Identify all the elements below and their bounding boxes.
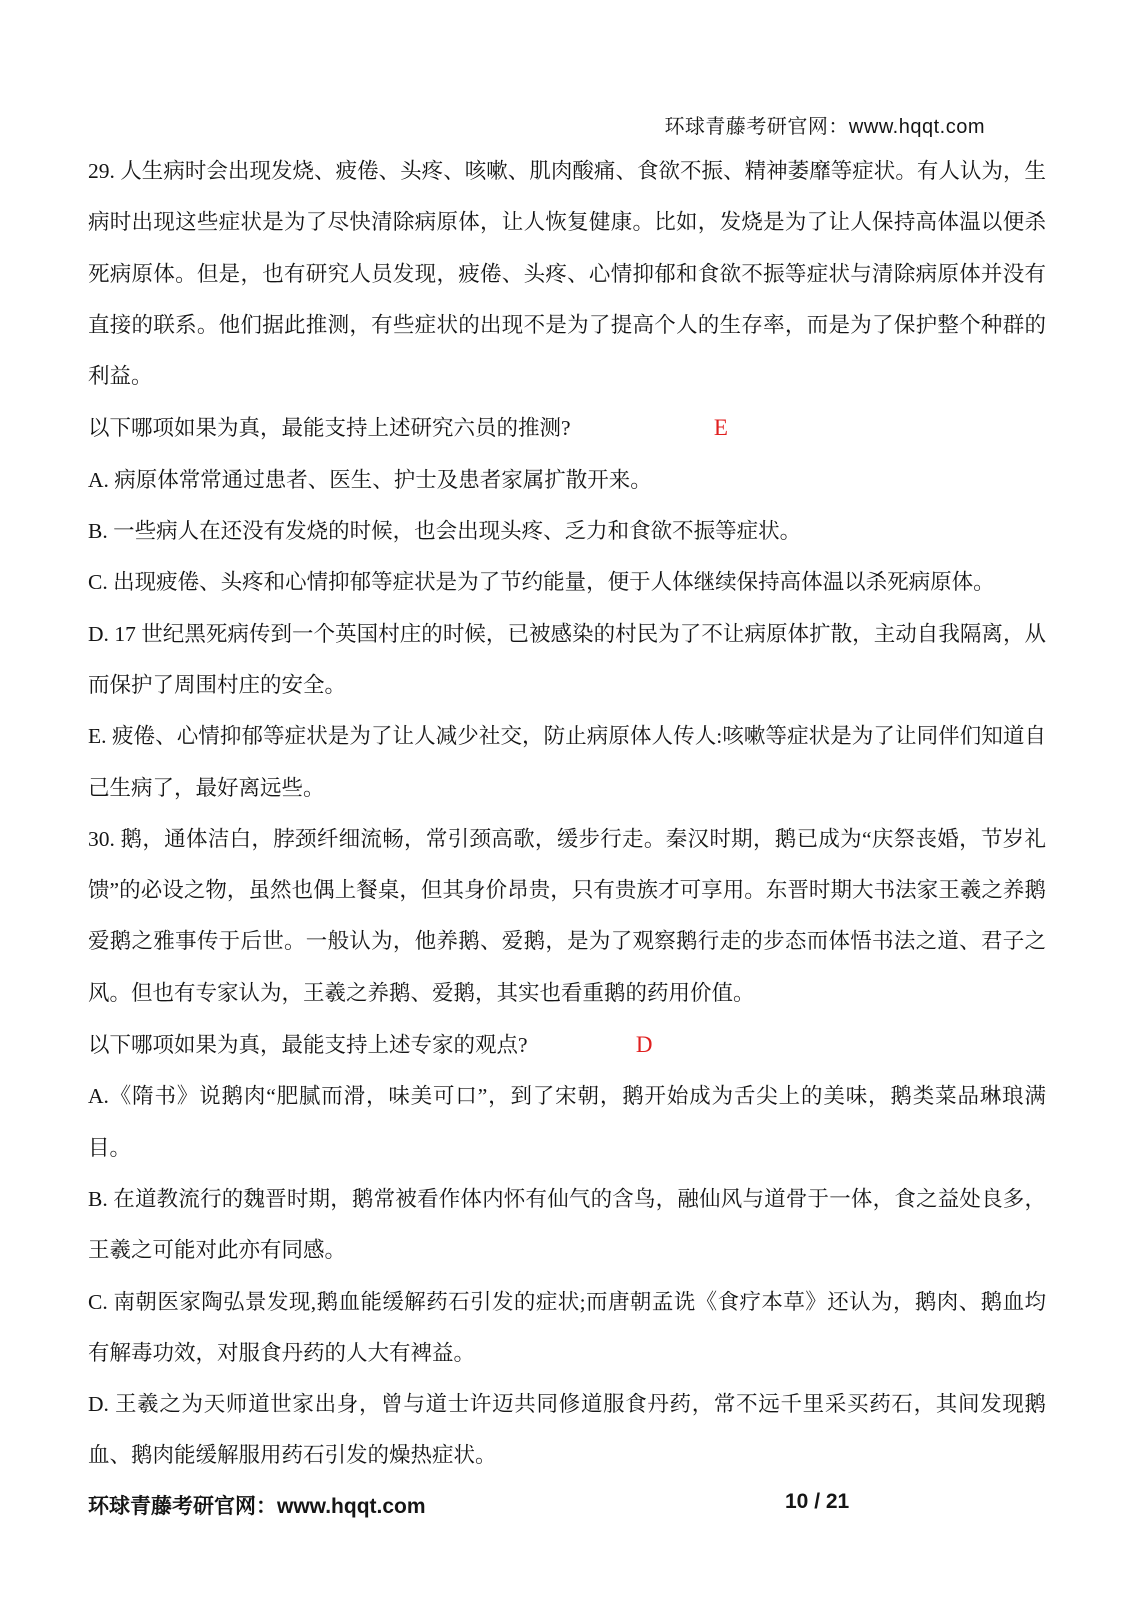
- question-29-stem: 29. 人生病时会出现发烧、疲倦、头疼、咳嗽、肌肉酸痛、食欲不振、精神萎靡等症状…: [88, 146, 1046, 402]
- question-30-answer-letter: D: [636, 1032, 653, 1057]
- question-29-option-d: D. 17 世纪黑死病传到一个英国村庄的时候，已被感染的村民为了不让病原体扩散，…: [88, 609, 1046, 712]
- document-body: 29. 人生病时会出现发烧、疲倦、头疼、咳嗽、肌肉酸痛、食欲不振、精神萎靡等症状…: [88, 146, 1046, 1482]
- question-29-prompt-text: 以下哪项如果为真，最能支持上述研究六员的推测?: [88, 416, 571, 440]
- page-number: 10 / 21: [785, 1490, 849, 1514]
- question-30-option-c: C. 南朝医家陶弘景发现,鹅血能缓解药石引发的症状;而唐朝孟诜《食疗本草》还认为…: [88, 1277, 1046, 1380]
- question-30-option-d: D. 王羲之为天师道世家出身，曾与道士许迈共同修道服食丹药，常不远千里采买药石，…: [88, 1379, 1046, 1482]
- question-29: 29. 人生病时会出现发烧、疲倦、头疼、咳嗽、肌肉酸痛、食欲不振、精神萎靡等症状…: [88, 146, 1046, 814]
- question-29-answer-letter: E: [714, 415, 728, 440]
- question-30: 30. 鹅，通体洁白，脖颈纤细流畅，常引颈高歌，缓步行走。秦汉时期，鹅已成为“庆…: [88, 814, 1046, 1482]
- question-29-option-e: E. 疲倦、心情抑郁等症状是为了让人减少社交，防止病原体人传人:咳嗽等症状是为了…: [88, 711, 1046, 814]
- question-29-option-c: C. 出现疲倦、头疼和心情抑郁等症状是为了节约能量，便于人体继续保持高体温以杀死…: [88, 557, 1046, 608]
- question-30-prompt: 以下哪项如果为真，最能支持上述专家的观点? D: [88, 1019, 1046, 1071]
- question-30-prompt-text: 以下哪项如果为真，最能支持上述专家的观点?: [88, 1033, 528, 1057]
- header-site-text: 环球青藤考研官网：www.hqqt.com: [664, 116, 985, 138]
- question-29-prompt: 以下哪项如果为真，最能支持上述研究六员的推测? E: [88, 402, 1046, 454]
- question-30-option-a: A.《隋书》说鹅肉“肥腻而滑，味美可口”，到了宋朝，鹅开始成为舌尖上的美味，鹅类…: [88, 1071, 1046, 1174]
- question-29-option-a: A. 病原体常常通过患者、医生、护士及患者家属扩散开来。: [88, 455, 1046, 506]
- question-30-option-b: B. 在道教流行的魏晋时期，鹅常被看作体内怀有仙气的含鸟，融仙风与道骨于一体，食…: [88, 1174, 1046, 1277]
- page-header: 环球青藤考研官网：www.hqqt.com: [0, 110, 985, 139]
- question-30-stem: 30. 鹅，通体洁白，脖颈纤细流畅，常引颈高歌，缓步行走。秦汉时期，鹅已成为“庆…: [88, 814, 1046, 1019]
- question-29-option-b: B. 一些病人在还没有发烧的时候，也会出现头疼、乏力和食欲不振等症状。: [88, 506, 1046, 557]
- footer-site-text: 环球青藤考研官网：www.hqqt.com: [88, 1495, 426, 1518]
- page-footer: 环球青藤考研官网：www.hqqt.com 10 / 21: [88, 1490, 1046, 1520]
